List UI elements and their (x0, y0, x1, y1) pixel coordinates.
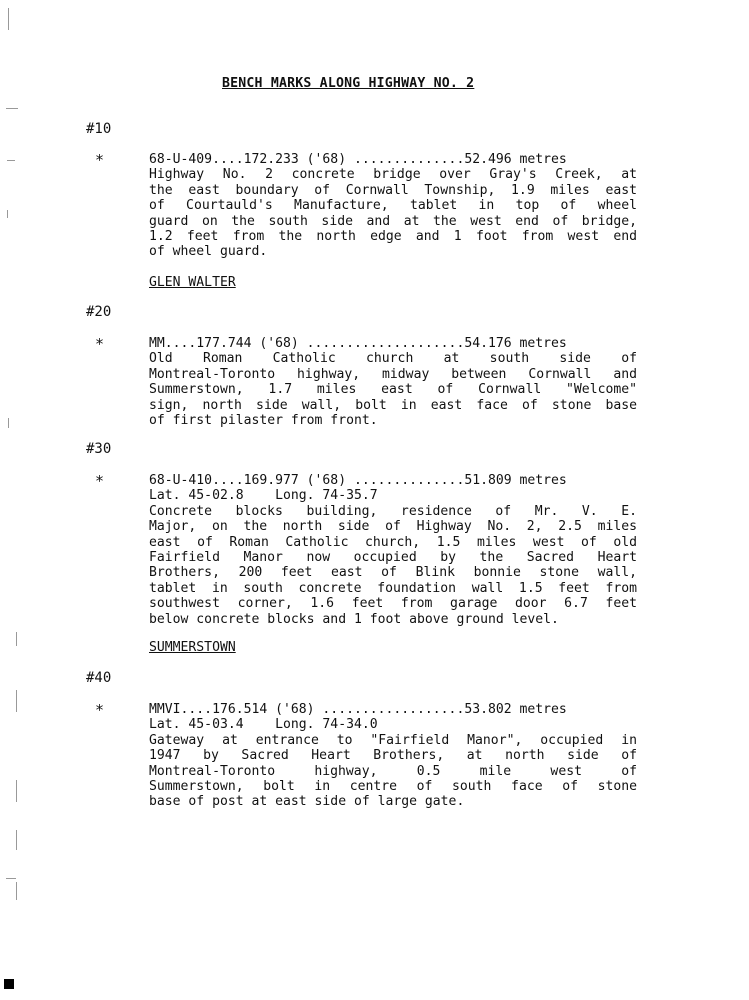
entry-line: 1.2 feet from the north edge and 1 foot … (149, 229, 637, 244)
entry-line: Brothers, 200 feet east of Blink bonnie … (149, 565, 637, 580)
entry-line: Lat. 45-03.4 Long. 74-34.0 (149, 717, 637, 732)
entry-line: of Courtauld's Manufacture, tablet in to… (149, 198, 637, 213)
entry-line: east of Roman Catholic church, 1.5 miles… (149, 535, 637, 550)
scan-artifact (6, 108, 18, 109)
entry-text: 68-U-410....169.977 ('68) ..............… (149, 473, 637, 627)
entry-line: MMVI....176.514 ('68) ..................… (149, 702, 637, 717)
entry-line: Old Roman Catholic church at south side … (149, 351, 637, 366)
entry-line: the east boundary of Cornwall Township, … (149, 183, 637, 198)
scan-artifact (7, 160, 15, 161)
entry-line: Fairfield Manor now occupied by the Sacr… (149, 550, 637, 565)
entry-line: Lat. 45-02.8 Long. 74-35.7 (149, 488, 637, 503)
scan-artifact (16, 882, 17, 900)
entry-line: base of post at east side of large gate. (149, 794, 637, 809)
entry-line: 1947 by Sacred Heart Brothers, at north … (149, 748, 637, 763)
entry-text: MM....177.744 ('68) ....................… (149, 336, 637, 428)
entry-line: southwest corner, 1.6 feet from garage d… (149, 596, 637, 611)
page-title: BENCH MARKS ALONG HIGHWAY NO. 2 (222, 76, 474, 91)
scan-artifact (8, 418, 9, 428)
entry-number: #40 (86, 670, 111, 686)
entry-text: 68-U-409....172.233 ('68) ..............… (149, 152, 637, 260)
entry-line: Major, on the north side of Highway No. … (149, 519, 637, 534)
bullet-asterisk: * (95, 701, 104, 719)
entry-line: of wheel guard. (149, 244, 637, 259)
entry-number: #30 (86, 441, 111, 457)
scan-artifact (8, 8, 9, 30)
scan-artifact (16, 690, 17, 712)
section-heading: SUMMERSTOWN (149, 640, 236, 655)
entry-line: Summerstown, bolt in centre of south fac… (149, 779, 637, 794)
section-heading: GLEN WALTER (149, 275, 236, 290)
entry-line: tablet in south concrete foundation wall… (149, 581, 637, 596)
entry-line: Highway No. 2 concrete bridge over Gray'… (149, 167, 637, 182)
entry-line: Summerstown, 1.7 miles east of Cornwall … (149, 382, 637, 397)
page-marker (4, 979, 14, 989)
entry-line: 68-U-409....172.233 ('68) ..............… (149, 152, 637, 167)
scan-artifact (16, 632, 17, 646)
bullet-asterisk: * (95, 151, 104, 169)
entry-line: 68-U-410....169.977 ('68) ..............… (149, 473, 637, 488)
entry-line: Gateway at entrance to "Fairfield Manor"… (149, 733, 637, 748)
entry-number: #20 (86, 304, 111, 320)
entry-line: MM....177.744 ('68) ....................… (149, 336, 637, 351)
scan-artifact (16, 830, 17, 850)
entry-line: Concrete blocks building, residence of M… (149, 504, 637, 519)
scan-artifact (6, 878, 16, 879)
entry-line: Montreal-Toronto highway, 0.5 mile west … (149, 764, 637, 779)
entry-line: below concrete blocks and 1 foot above g… (149, 612, 637, 627)
entry-line: Montreal-Toronto highway, midway between… (149, 367, 637, 382)
scan-artifact (16, 780, 17, 802)
entry-line: guard on the south side and at the west … (149, 214, 637, 229)
scan-artifact (7, 210, 8, 218)
bullet-asterisk: * (95, 472, 104, 490)
entry-line: of first pilaster from front. (149, 413, 637, 428)
entry-text: MMVI....176.514 ('68) ..................… (149, 702, 637, 810)
bullet-asterisk: * (95, 335, 104, 353)
entry-number: #10 (86, 121, 111, 137)
entry-line: sign, north side wall, bolt in east face… (149, 398, 637, 413)
